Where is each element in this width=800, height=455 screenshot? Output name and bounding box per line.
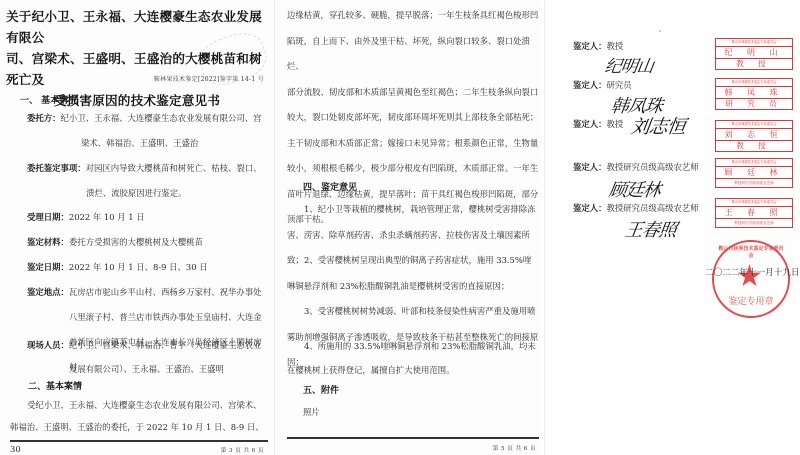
name-seal-2: 鞍山市林果技术鉴定专家委员会 韩 凤 珠 研 究 员 [715,78,793,110]
reference-number: 鞍林果技术鉴定[2022]鉴字第 14-1 号 [154,74,264,83]
page-number: 第 3 页 共 6 页 [221,446,264,454]
document-page-5: 边缘枯黄，穿孔较多、硬脆，提早脱落；一年生枝条具红褐色梭形凹 陷斑，自上而下、由… [274,0,542,455]
appraiser-4: 鉴定人：教授研究员级高级农艺师 [573,161,699,173]
document-page-3: 关于纪小卫、王永福、大连樱豪生态农业发展有限公 司、宫梁术、王盛明、王盛治的大樱… [0,0,272,455]
signature-page: 鉴定人：教授 纪明山 鞍山市林果技术鉴定专家委员会 纪 明 山 教 授 鉴定人：… [544,0,800,455]
speck [659,30,661,32]
signing-date: 二〇二二年十一月十九日 [705,266,800,278]
field-materials: 鉴定材料：委托方受损害的大樱桃树及大樱桃苗 [27,230,267,255]
name-seal-5: 鞍山市林果技术鉴定专家委员会 王 春 照 教授研究员级高级农艺师 [715,198,793,228]
appraiser-3: 鉴定人：教授 [573,118,623,130]
footer-divider [10,440,268,442]
footer-divider [287,437,539,439]
signature-5: 王春照 [623,216,678,242]
name-seal-1: 鞍山市林果技术鉴定专家委员会 纪 明 山 教 授 [715,38,793,70]
appraiser-5: 鉴定人：教授研究员级高级农艺师 [573,202,699,214]
signature-4: 顾廷林 [607,176,662,202]
name-seal-3: 鞍山市林果技术鉴定专家委员会 刘 志 恒 教 授 [715,120,793,152]
signature-3: 刘志恒 [629,112,687,139]
section-heading-case: 二、基本案情 [28,379,82,392]
signature-1: 纪明山 [603,52,655,77]
attachment-photos: 照片 [303,400,383,426]
section-heading-attachments: 五、附件 [303,383,339,396]
page-number: 第 5 页 共 6 页 [493,444,536,452]
appraiser-2: 鉴定人：研究员 [573,79,632,91]
field-appraisal-date: 鉴定日期：2022 年 10 月 1 日、8-9 日、30 日 [27,255,267,280]
field-accept-date: 受理日期：2022 年 10 月 1 日 [27,205,267,230]
appraiser-1: 鉴定人：教授 [573,40,623,52]
section-heading-opinions: 四、鉴定意见 [303,180,357,193]
opinion-4: 4、所施用的 33.5%喹啉铜悬浮剂和 23%松脂酸铜乳油，均未在樱桃树上获得登… [287,334,539,382]
field-appraisal-matter: 委托鉴定事项：对园区内导致大樱桃苗和树死亡、枯枝、裂口、 溃烂、流胶原因进行鉴定… [27,156,267,206]
field-client: 委托方：纪小卫、王永福、大连樱豪生态农业发展有限公司、宫 梁术、韩福治、王盛明、… [27,106,267,156]
name-seal-4: 鞍山市林果技术鉴定专家委员会 顾 廷 林 教授研究员级高级农艺师 [715,158,793,188]
opinion-2: 2、受害樱桃树呈现出典型的铜离子药害症状，施用 33.5%喹啉铜悬浮剂和 23%… [287,248,539,299]
section-heading-basic-info: 一、 基本情况 [20,93,77,106]
official-round-seal: 鞍山市林果技术鉴定专家委员会 ★ 鉴定专用章 [712,240,790,318]
field-onsite-staff-text: 现场人员：纪小卫、宫梁术、韩福治、曹宇（大连樱豪生态农业 发展有限公司）、王永福… [27,333,267,381]
